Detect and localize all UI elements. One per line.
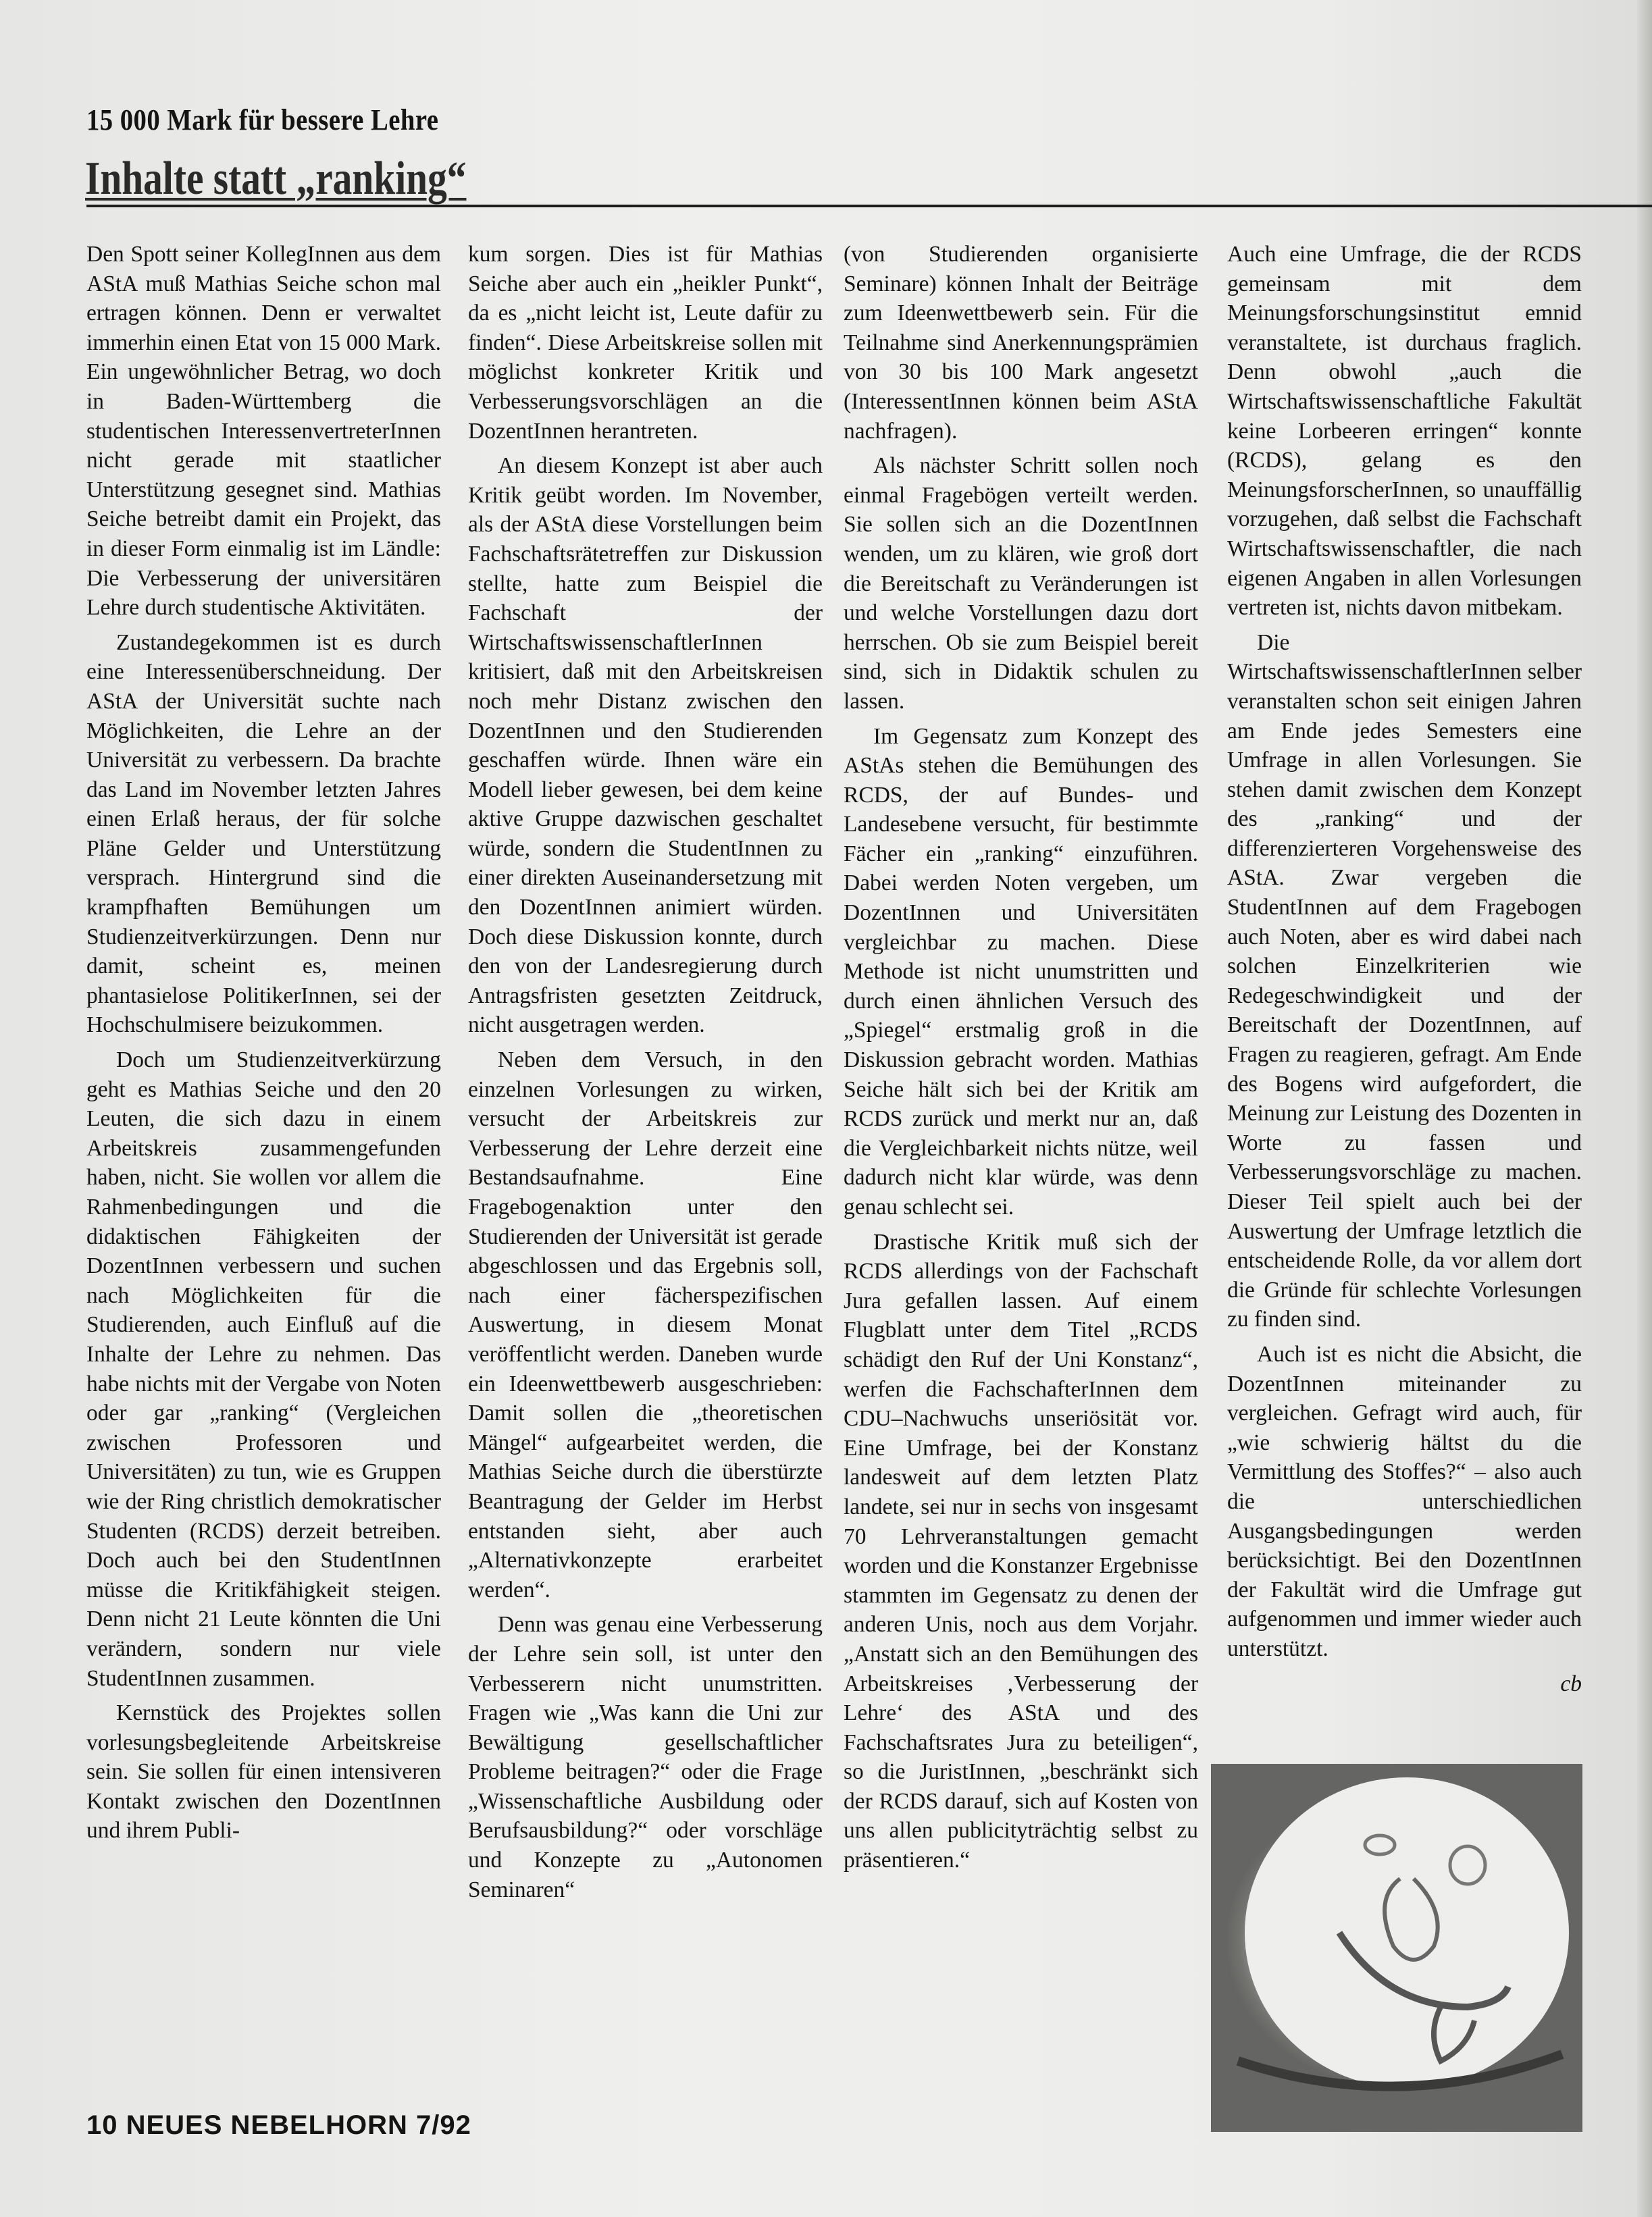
page-edge	[1637, 0, 1652, 2217]
paragraph: Auch ist es nicht die Absicht, die Dozen…	[1227, 1340, 1582, 1664]
article-column-2: kum sorgen. Dies ist für Mathias Seiche …	[468, 240, 823, 1904]
paragraph: Kernstück des Projektes sollen vorlesung…	[86, 1698, 441, 1846]
paragraph: kum sorgen. Dies ist für Mathias Seiche …	[468, 240, 823, 446]
article-column-1: Den Spott seiner KollegInnen aus dem ASt…	[86, 240, 441, 1846]
paragraph: Als nächster Schritt sollen noch einmal …	[844, 451, 1198, 716]
article-column-3: (von Studierenden organisierte Seminare)…	[844, 240, 1198, 1875]
smiley-face-icon	[1211, 1764, 1582, 2132]
author-signature: cb	[1560, 1669, 1582, 1699]
paragraph: Im Gegensatz zum Konzept des AStAs stehe…	[844, 722, 1198, 1222]
paragraph: Neben dem Versuch, in den einzelnen Vorl…	[468, 1045, 823, 1605]
paragraph: Doch um Studienzeitverkürzung geht es Ma…	[86, 1045, 441, 1693]
paragraph: Den Spott seiner KollegInnen aus dem ASt…	[86, 240, 441, 623]
paragraph: Denn was genau eine Verbesserung der Leh…	[468, 1610, 823, 1904]
smiley-face-photo	[1211, 1764, 1582, 2132]
article-headline: Inhalte statt „ranking“	[85, 152, 467, 206]
paragraph: (von Studierenden organisierte Seminare)…	[844, 240, 1198, 446]
article-kicker: 15 000 Mark für bessere Lehre	[86, 103, 438, 137]
article-column-4: Auch eine Umfrage, die der RCDS gemeinsa…	[1227, 240, 1582, 1698]
paragraph: Zustandegekommen ist es durch eine Inter…	[86, 628, 441, 1040]
paragraph: Drastische Kritik muß sich der RCDS alle…	[844, 1228, 1198, 1875]
newspaper-page: 15 000 Mark für bessere Lehre Inhalte st…	[0, 0, 1652, 2217]
paragraph: An diesem Konzept ist aber auch Kritik g…	[468, 451, 823, 1040]
paragraph: Die WirtschaftswissenschaftlerInnen selb…	[1227, 628, 1582, 1334]
page-footer: 10 NEUES NEBELHORN 7/92	[86, 2110, 471, 2141]
headline-rule	[86, 205, 1652, 207]
paragraph: Auch eine Umfrage, die der RCDS gemeinsa…	[1227, 240, 1582, 623]
